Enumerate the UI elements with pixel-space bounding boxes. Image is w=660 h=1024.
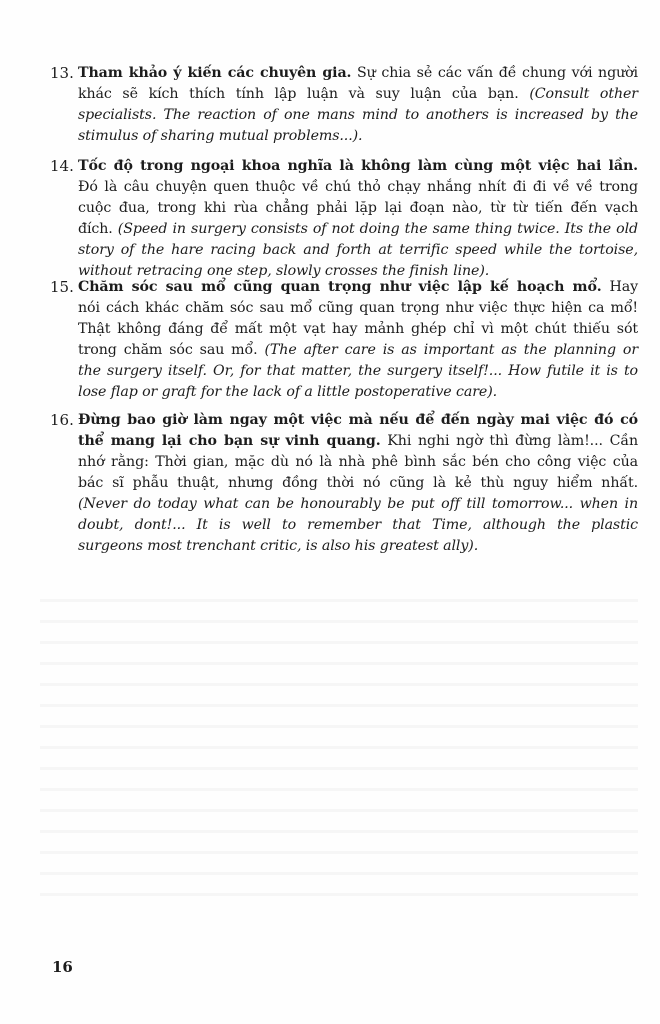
english-quote-text: the surgery itself. Or, for that matter,… (78, 363, 638, 379)
text-line: bác sĩ phẫu thuật, nhưng đồng thời nó cũ… (78, 473, 638, 494)
english-quote-text: story of the hare racing back and forth … (78, 242, 638, 258)
text-line: nhớ rằng: Thời gian, mặc dù nó là nhà ph… (78, 452, 638, 473)
text-line: thể mang lại cho bạn sự vinh quang. Khi … (78, 431, 638, 452)
text-line: (Never do today what can be honourably b… (78, 494, 638, 515)
body-text: cuộc đua, trong khi rùa chẳng phải lặp l… (78, 200, 638, 216)
text-line: Tham khảo ý kiến các chuyên gia. Sự chia… (78, 63, 638, 84)
english-quote-text: specialists. The reaction of one mans mi… (78, 107, 638, 123)
bold-heading-text: Tốc độ trong ngoại khoa nghĩa là không l… (78, 158, 638, 174)
text-line: stimulus of sharing mutual problems...). (78, 126, 638, 147)
body-text: Sự chia sẻ các vấn đề chung với người (351, 65, 638, 81)
item-body: Tham khảo ý kiến các chuyên gia. Sự chia… (78, 63, 638, 147)
item-body: Chăm sóc sau mổ cũng quan trọng như việc… (78, 277, 638, 403)
text-line: đích. (Speed in surgery consists of not … (78, 219, 638, 240)
body-text: nói cách khác chăm sóc sau mổ cũng quan … (78, 300, 638, 316)
text-line: cuộc đua, trong khi rùa chẳng phải lặp l… (78, 198, 638, 219)
english-quote-text: surgeons most trenchant critic, is also … (78, 538, 478, 554)
text-line: Đừng bao giờ làm ngay một việc mà nếu để… (78, 410, 638, 431)
english-quote-text: stimulus of sharing mutual problems...). (78, 128, 362, 144)
text-line: Chăm sóc sau mổ cũng quan trọng như việc… (78, 277, 638, 298)
body-text: Hay (602, 279, 638, 295)
text-line: Tốc độ trong ngoại khoa nghĩa là không l… (78, 156, 638, 177)
body-text: Đó là câu chuyện quen thuộc về chú thỏ c… (78, 179, 638, 195)
body-text: khác sẽ kích thích tính lập luận và suy … (78, 86, 529, 102)
text-line: surgeons most trenchant critic, is also … (78, 536, 638, 557)
item-number: 14. (50, 156, 74, 177)
bold-heading-text: Tham khảo ý kiến các chuyên gia. (78, 65, 351, 81)
text-line: lose flap or graft for the lack of a lit… (78, 382, 638, 403)
item-number: 15. (50, 277, 74, 298)
english-quote-text: (Never do today what can be honourably b… (78, 496, 638, 512)
book-page: 13. Tham khảo ý kiến các chuyên gia. Sự … (0, 0, 660, 1024)
page-number: 16 (52, 958, 73, 976)
bold-heading-text: thể mang lại cho bạn sự vinh quang. (78, 433, 381, 449)
text-line: trong chăm sóc sau mổ. (The after care i… (78, 340, 638, 361)
english-quote-text: (The after care is as important as the p… (264, 342, 638, 358)
item-body: Tốc độ trong ngoại khoa nghĩa là không l… (78, 156, 638, 282)
english-quote-text: lose flap or graft for the lack of a lit… (78, 384, 497, 400)
bold-heading-text: Đừng bao giờ làm ngay một việc mà nếu để… (78, 412, 638, 428)
text-line: doubt, dont!... It is well to remember t… (78, 515, 638, 536)
item-number: 13. (50, 63, 74, 84)
text-line: the surgery itself. Or, for that matter,… (78, 361, 638, 382)
english-quote-text: (Speed in surgery consists of not doing … (118, 221, 638, 237)
body-text: nhớ rằng: Thời gian, mặc dù nó là nhà ph… (78, 454, 638, 470)
text-line: Thật không đáng để mất một vạt hay mảnh … (78, 319, 638, 340)
text-line: khác sẽ kích thích tính lập luận và suy … (78, 84, 638, 105)
bold-heading-text: Chăm sóc sau mổ cũng quan trọng như việc… (78, 279, 602, 295)
body-text: đích. (78, 221, 118, 237)
body-text: bác sĩ phẫu thuật, nhưng đồng thời nó cũ… (78, 475, 638, 491)
body-text: trong chăm sóc sau mổ. (78, 342, 264, 358)
english-quote-text: (Consult other (529, 86, 638, 102)
item-body: Đừng bao giờ làm ngay một việc mà nếu để… (78, 410, 638, 557)
text-line: Đó là câu chuyện quen thuộc về chú thỏ c… (78, 177, 638, 198)
show-through-texture (40, 590, 638, 910)
text-line: story of the hare racing back and forth … (78, 240, 638, 261)
item-number: 16. (50, 410, 74, 431)
text-line: specialists. The reaction of one mans mi… (78, 105, 638, 126)
english-quote-text: doubt, dont!... It is well to remember t… (78, 517, 638, 533)
body-text: Khi nghi ngờ thì đừng làm!... Cần (381, 433, 638, 449)
text-line: nói cách khác chăm sóc sau mổ cũng quan … (78, 298, 638, 319)
body-text: Thật không đáng để mất một vạt hay mảnh … (78, 321, 638, 337)
